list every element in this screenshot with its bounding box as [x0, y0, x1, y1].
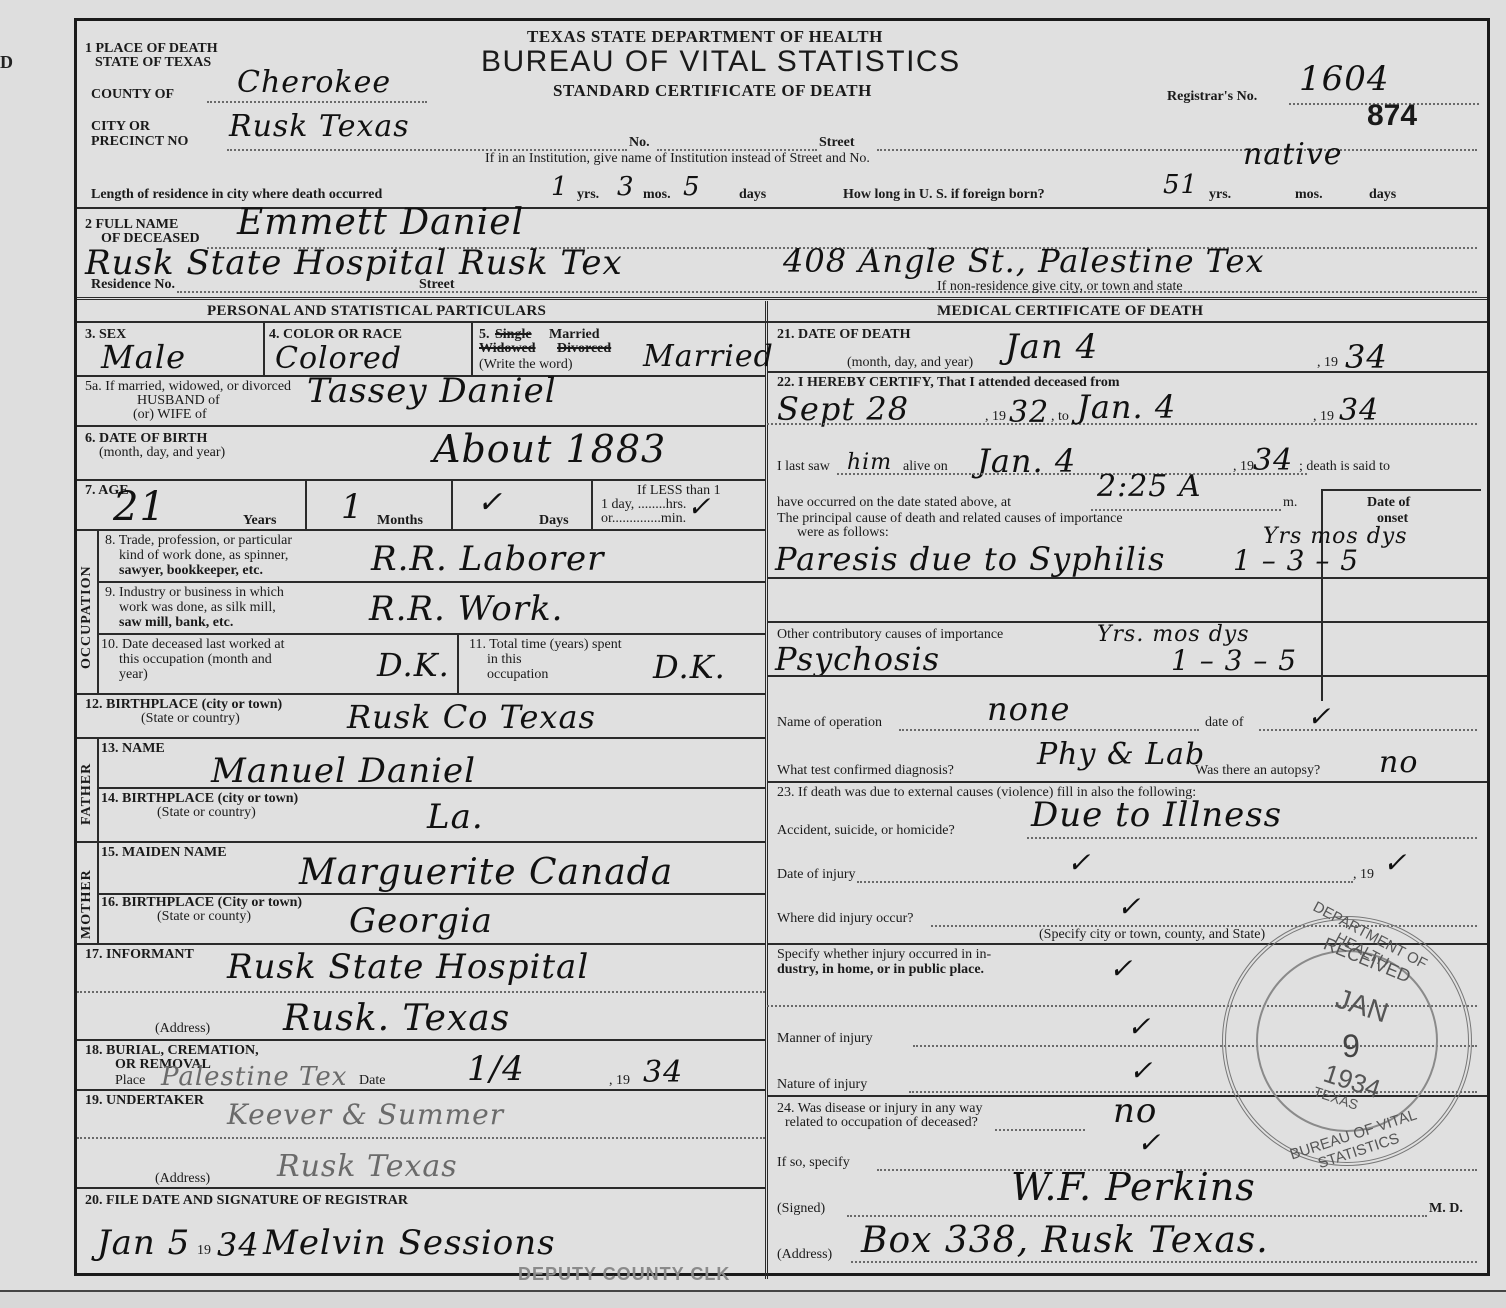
informant-value: Rusk State Hospital [227, 951, 589, 983]
undertaker-address-label: (Address) [155, 1171, 210, 1186]
total-time-label-2: in this [487, 652, 522, 667]
total-time-label-1: 11. Total time (years) spent [469, 637, 622, 652]
last-worked-label-1: 10. Date deceased last worked at [101, 637, 284, 652]
less-value: ✓ [687, 491, 711, 523]
less-label-2: 1 day, ........hrs. [601, 497, 686, 512]
total-time-value: D.K. [653, 651, 726, 683]
undertaker-address-value: Rusk Texas [277, 1151, 458, 1183]
occupation-side-label: OCCUPATION [79, 539, 95, 669]
mother-name-value: Marguerite Canada [299, 857, 673, 889]
registrar-no-handwritten: 1604 [1299, 63, 1390, 95]
attended-to-label: , to [1051, 409, 1069, 424]
injury-year-prefix: , 19 [1353, 867, 1374, 882]
dob-value: About 1883 [433, 433, 666, 465]
contributory-duration: 1 – 3 – 5 [1171, 645, 1297, 677]
next-document-edge [0, 1290, 1506, 1308]
injury-where-note: (Specify city or town, county, and State… [1039, 927, 1265, 942]
manner-value: ✓ [1127, 1011, 1151, 1043]
attended-from-year-prefix: , 19 [985, 409, 1006, 424]
injury-where-value: ✓ [1117, 891, 1141, 923]
full-name-label-1: 2 FULL NAME [85, 217, 178, 232]
cause-label-1: The principal cause of death and related… [777, 511, 1123, 526]
informant-label: 17. INFORMANT [85, 947, 194, 962]
file-year-prefix: 19 [197, 1243, 211, 1258]
injury-place-label-1: Specify whether injury occurred in in- [777, 947, 991, 962]
spouse-label-2: HUSBAND of [137, 393, 220, 408]
specify-label: If so, specify [777, 1155, 850, 1170]
test-value: Phy & Lab [1037, 739, 1205, 771]
personal-section-title: PERSONAL AND STATISTICAL PARTICULARS [207, 303, 546, 320]
form-title: STANDARD CERTIFICATE OF DEATH [553, 81, 872, 101]
marital-divorced-option: Divorced [557, 341, 611, 356]
birthplace-label-2: (State or country) [141, 711, 240, 726]
occurred-label: have occurred on the date stated above, … [777, 495, 1011, 510]
days-label: days [739, 187, 766, 202]
foreign-days-label: days [1369, 187, 1396, 202]
mother-birthplace-label-2: (State or county) [157, 909, 251, 924]
institution-note: If in an Institution, give name of Insti… [485, 151, 870, 166]
physician-signature: W.F. Perkins [1011, 1171, 1256, 1203]
industry-label-2: work was done, as silk mill, [119, 600, 276, 615]
age-years: 21 [113, 491, 166, 523]
time-of-death-value: 2:25 A [1097, 471, 1202, 503]
date-of-death-value: Jan 4 [1005, 331, 1098, 363]
attended-to-year: 34 [1339, 395, 1379, 427]
m-label: m. [1283, 495, 1297, 510]
residence-yrs: 1 [551, 171, 569, 203]
birthplace-value: Rusk Co Texas [347, 701, 596, 733]
nonresidence-note: If non-residence give city, or town and … [937, 279, 1183, 294]
last-saw-year: 34 [1253, 445, 1293, 477]
burial-year-prefix: , 19 [609, 1073, 630, 1088]
age-days: ✓ [477, 487, 503, 519]
sex-value: Male [101, 341, 186, 373]
contributory-cause-value: Psychosis [775, 643, 940, 675]
residence-mos: 3 [617, 171, 635, 203]
father-birthplace-label-2: (State or country) [157, 805, 256, 820]
page-edge-mark: D [0, 52, 13, 73]
undertaker-label: 19. UNDERTAKER [85, 1093, 204, 1108]
father-name-label: 13. NAME [101, 741, 165, 756]
principal-cause-duration: 1 – 3 – 5 [1233, 545, 1359, 577]
marital-single-option: Single [495, 327, 532, 342]
bureau-title: BUREAU OF VITAL STATISTICS [481, 45, 961, 79]
spouse-label-3: (or) WIFE of [133, 407, 207, 422]
spouse-value: Tassey Daniel [307, 375, 557, 407]
marital-write-note: (Write the word) [479, 357, 573, 372]
county-label: COUNTY OF [91, 87, 174, 102]
last-worked-label-2: this occupation (month and [119, 652, 272, 667]
md-label: M. D. [1429, 1201, 1463, 1216]
attended-from-year: 32 [1009, 397, 1049, 429]
department-title: TEXAS STATE DEPARTMENT OF HEALTH [527, 27, 883, 47]
nonresidence-value: 408 Angle St., Palestine Tex [783, 245, 1265, 277]
injury-year-value: ✓ [1383, 847, 1407, 879]
marital-married-option: Married [549, 327, 600, 342]
deceased-name-value: Emmett Daniel [237, 207, 524, 239]
undertaker-value: Keever & Summer [227, 1099, 504, 1131]
foreign-yrs-label: yrs. [1209, 187, 1231, 202]
no-label: No. [629, 135, 650, 150]
principal-cause-value: Paresis due to Syphilis [775, 543, 1165, 575]
trade-value: R.R. Laborer [371, 543, 604, 575]
occupation-related-value: no [1113, 1095, 1157, 1127]
burial-year-value: 34 [643, 1057, 683, 1089]
operation-date-label: date of [1205, 715, 1243, 730]
alive-on-label: alive on [903, 459, 948, 474]
city-label-2: PRECINCT NO [91, 134, 188, 149]
foreign-yrs: 51 [1163, 169, 1198, 201]
certify-label: 22. I HEREBY CERTIFY, That I attended de… [777, 375, 1120, 390]
operation-date-value: ✓ [1307, 701, 1331, 733]
injury-place-value: ✓ [1109, 953, 1133, 985]
trade-label-2: kind of work done, as spinner, [119, 548, 288, 563]
last-worked-value: D.K. [377, 649, 450, 681]
age-months: 1 [341, 491, 364, 523]
injury-date-value: ✓ [1067, 847, 1091, 879]
race-label: 4. COLOR OR RACE [269, 327, 402, 342]
attended-to-year-prefix: , 19 [1313, 409, 1334, 424]
medical-section-title: MEDICAL CERTIFICATE OF DEATH [937, 303, 1203, 320]
operation-value: none [987, 693, 1070, 725]
months-label: Months [377, 513, 423, 528]
nature-value: ✓ [1129, 1055, 1153, 1087]
autopsy-label: Was there an autopsy? [1195, 763, 1320, 778]
county-value: Cherokee [237, 67, 391, 99]
date-of-death-year-prefix: , 19 [1317, 355, 1338, 370]
death-said-label: ; death is said to [1299, 459, 1390, 474]
burial-label-1: 18. BURIAL, CREMATION, [85, 1043, 259, 1058]
foreign-born-label: How long in U. S. if foreign born? [843, 187, 1045, 202]
informant-address-label: (Address) [155, 1021, 210, 1036]
residence-days: 5 [683, 171, 701, 203]
physician-address-value: Box 338, Rusk Texas. [861, 1225, 1269, 1257]
manner-label: Manner of injury [777, 1031, 873, 1046]
specify-value: ✓ [1137, 1127, 1161, 1159]
autopsy-value: no [1379, 747, 1418, 779]
physician-address-label: (Address) [777, 1247, 832, 1262]
onset-header-1: Date of [1367, 495, 1410, 510]
burial-place-label: Place [115, 1073, 145, 1088]
registrar-no-label: Registrar's No. [1167, 89, 1257, 104]
nativity-value: native [1243, 139, 1343, 171]
occupation-related-label-1: 24. Was disease or injury in any way [777, 1101, 982, 1116]
father-birthplace-label-1: 14. BIRTHPLACE (city or town) [101, 791, 298, 806]
spouse-label-1: 5a. If married, widowed, or divorced [85, 379, 291, 394]
marital-widowed-option: Widowed [479, 341, 536, 356]
date-of-death-year: 34 [1345, 341, 1388, 373]
last-saw-year-prefix: , 19 [1233, 459, 1254, 474]
state-label: STATE OF TEXAS [95, 55, 211, 70]
residence-street-label: Street [419, 277, 455, 292]
injury-where-label: Where did injury occur? [777, 911, 913, 926]
accident-value: Due to Illness [1031, 799, 1282, 831]
trade-label-3: sawyer, bookkeeper, etc. [119, 563, 263, 578]
residence-length-label: Length of residence in city where death … [91, 187, 382, 202]
marital-num: 5. [479, 327, 490, 342]
days-age-label: Days [539, 513, 569, 528]
mother-birthplace-value: Georgia [349, 905, 493, 937]
burial-date-label: Date [359, 1073, 385, 1088]
less-label-3: or..............min. [601, 511, 686, 526]
date-of-death-label: 21. DATE OF DEATH [777, 327, 911, 342]
accident-label: Accident, suicide, or homicide? [777, 823, 955, 838]
nature-label: Nature of injury [777, 1077, 867, 1092]
city-label-1: CITY OR [91, 119, 150, 134]
dob-label-1: 6. DATE OF BIRTH [85, 431, 207, 446]
informant-address-value: Rusk. Texas [283, 1003, 510, 1035]
mother-birthplace-label-1: 16. BIRTHPLACE (City or town) [101, 895, 302, 910]
city-value: Rusk Texas [229, 111, 410, 143]
total-time-label-3: occupation [487, 667, 548, 682]
date-of-death-sub: (month, day, and year) [847, 355, 973, 370]
test-label: What test confirmed diagnosis? [777, 763, 954, 778]
mos-label: mos. [643, 187, 671, 202]
registrar-no-stamped: 874 [1367, 99, 1417, 133]
father-name-value: Manuel Daniel [211, 755, 476, 787]
dob-label-2: (month, day, and year) [99, 445, 225, 460]
last-saw-label: I last saw [777, 459, 830, 474]
years-label: Years [243, 513, 276, 528]
deputy-clerk-stamp: DEPUTY COUNTY CLK [518, 1264, 730, 1285]
occupation-related-label-2: related to occupation of deceased? [785, 1115, 978, 1130]
signed-label: (Signed) [777, 1201, 825, 1216]
last-worked-label-3: year) [119, 667, 148, 682]
yrs-label: yrs. [577, 187, 599, 202]
father-birthplace-value: La. [427, 801, 484, 833]
residence-no-label: Residence No. [91, 277, 175, 292]
foreign-mos-label: mos. [1295, 187, 1323, 202]
operation-label: Name of operation [777, 715, 882, 730]
injury-place-label-2: dustry, in home, or in public place. [777, 962, 984, 977]
street-label: Street [819, 135, 855, 150]
registrar-signature: Melvin Sessions [263, 1227, 556, 1259]
birthplace-label-1: 12. BIRTHPLACE (city or town) [85, 697, 282, 712]
cause-label-2: were as follows: [797, 525, 889, 540]
marital-value: Married [643, 341, 774, 373]
file-date-value: Jan 5 [97, 1227, 190, 1259]
injury-date-label: Date of injury [777, 867, 856, 882]
industry-value: R.R. Work. [369, 593, 563, 625]
file-date-label: 20. FILE DATE AND SIGNATURE OF REGISTRAR [85, 1193, 408, 1208]
industry-label-1: 9. Industry or business in which [105, 585, 284, 600]
residence-value: Rusk State Hospital Rusk Tex [85, 247, 623, 279]
place-of-death-label: 1 PLACE OF DEATH [85, 41, 218, 56]
mother-name-label: 15. MAIDEN NAME [101, 845, 227, 860]
industry-label-3: saw mill, bank, etc. [119, 615, 233, 630]
attended-to-value: Jan. 4 [1077, 391, 1176, 423]
received-stamp: DEPARTMENT OF HEALTH RECEIVED JAN 9 1934… [1222, 916, 1472, 1166]
mother-side-label: MOTHER [79, 849, 95, 939]
attended-from-value: Sept 28 [777, 393, 909, 425]
trade-label-1: 8. Trade, profession, or particular [105, 533, 292, 548]
file-year-value: 34 [217, 1229, 260, 1261]
burial-date-value: 1/4 [467, 1053, 525, 1085]
father-side-label: FATHER [79, 745, 95, 825]
